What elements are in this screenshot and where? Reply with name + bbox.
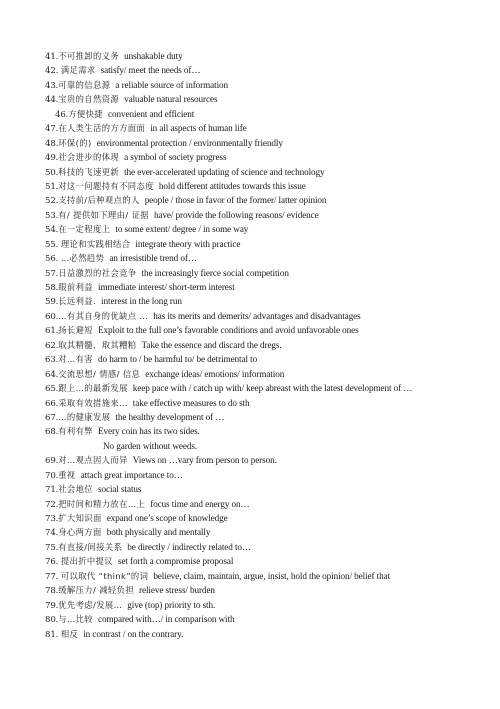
entry-number: 76. [45,557,61,567]
chinese-phrase: 不可推卸的义务 [58,51,119,61]
english-translation: immediate interest/ short-term interest [98,282,235,292]
chinese-phrase: 跟上…的最新发展 [58,383,128,393]
chinese-phrase: 对…有害 [58,354,93,364]
english-translation: the ever-accelerated updating of science… [124,167,324,177]
phrase-entry: 65.跟上…的最新发展keep pace with / catch up wit… [45,381,495,395]
phrase-entry: 71.社会地位social status [45,482,495,496]
english-translation: in all aspects of human life [150,123,246,133]
phrase-entry: 49.社会进步的体现a symbol of society progress [45,150,495,164]
english-translation: exchange ideas/ emotions/ information [145,369,284,379]
phrase-entry: 63.对…有害do harm to / be harmful to/ be de… [45,352,495,366]
phrase-entry: 73.扩大知识面expand one’s scope of knowledge [45,511,495,525]
entry-number: 48. [45,139,58,149]
entry-number: 68. [45,427,58,437]
phrase-entry: 48.环保(的)environmental protection / envir… [45,136,495,150]
chinese-phrase: 采取有效措施来… [58,398,128,408]
entry-number: 57. [45,269,58,279]
phrase-entry: 57.日益激烈的社会竞争the increasingly fierce soci… [45,266,495,280]
phrase-entry: 62.取其精髓，取其糟粕Take the essence and discard… [45,338,495,352]
chinese-phrase: 对…观点因人而异 [58,455,128,465]
phrase-entry: 69.对…观点因人而异Views on …vary from person to… [45,453,495,467]
entry-number: 42. [45,66,61,76]
chinese-phrase: 重视 [58,470,75,480]
entry-number: 72. [45,500,58,510]
phrase-entry: 56. …必然趋势an irresistible trend of… [45,251,495,265]
entry-number: 41. [45,52,58,62]
english-translation: keep pace with / catch up with/ keep abr… [133,383,413,393]
entry-number: 77. [45,572,61,582]
phrase-entry: 75.有直接/间接关系be directly / indirectly rela… [45,540,495,554]
english-translation: set forth a compromise proposal [118,556,233,566]
phrase-entry: No garden without weeds. [45,439,495,453]
chinese-phrase: 可靠的信息源 [58,80,110,90]
entry-number: 47. [45,124,58,134]
entry-number: 66. [45,399,58,409]
english-translation: in contrast / on the contrary. [83,629,183,639]
entry-number: 61. [45,326,58,336]
english-translation: to some extent/ degree / in some way [115,224,248,234]
entry-number: 54. [45,225,58,235]
chinese-phrase: 提出折中提议 [61,556,113,566]
phrase-entry: 64.交流思想/ 情感/ 信息exchange ideas/ emotions/… [45,367,495,381]
entry-number: 73. [45,514,58,524]
phrase-entry: 54.在一定程度上to some extent/ degree / in som… [45,222,495,236]
entry-number: 79. [45,601,58,611]
entry-number: 43. [45,81,58,91]
english-translation: expand one’s scope of knowledge [107,513,228,523]
english-translation: No garden without weeds. [103,441,197,451]
chinese-phrase: …的健康发展 [58,412,110,422]
chinese-phrase: 方便快捷 [68,109,103,119]
chinese-phrase: 相反 [61,629,78,639]
chinese-phrase: 满足需求 [61,65,96,75]
english-translation: unshakable duty [124,51,182,61]
english-translation: give (top) priority to sth. [127,600,215,610]
phrase-entry: 43.可靠的信息源a reliable source of informatio… [45,78,495,92]
phrase-list: 41.不可推卸的义务unshakable duty 42. 满足需求satisf… [45,49,495,641]
chinese-phrase: 有利有弊 [58,426,93,436]
phrase-entry: 66.采取有效措施来…take effective measures to do… [45,396,495,410]
english-translation: valuable natural resources [124,94,217,104]
phrase-entry: 47.在人类生活的方方面面in all aspects of human lif… [45,121,495,135]
chinese-phrase: 有/ 提供如下理由/ 证据 [58,210,149,220]
phrase-entry: 59.长远利益.interest in the long run [45,294,495,308]
entry-number: 71. [45,485,58,495]
chinese-phrase: 扩大知识面 [58,513,102,523]
entry-number: 53. [45,211,58,221]
entry-number: 64. [45,370,58,380]
chinese-phrase: …必然趋势 [61,253,105,263]
english-translation: satisfy/ meet the needs of… [101,65,201,75]
chinese-phrase: 社会进步的体现 [58,152,119,162]
chinese-phrase: 缓解压力/ 减轻负担 [58,585,134,595]
english-translation: a symbol of society progress [124,152,226,162]
entry-number: 59. [45,297,58,307]
entry-number: 52. [45,196,58,206]
english-translation: social status [98,484,141,494]
chinese-phrase: 理论和实践相结合 [61,239,131,249]
entry-number: 44. [45,95,58,105]
chinese-phrase: 取其精髓，取其糟粕 [58,340,136,350]
english-translation: people / those in favor of the former/ l… [145,195,327,205]
english-translation: interest in the long run [101,296,182,306]
entry-number: 51. [45,182,58,192]
phrase-entry: 52.支持前/后种观点的人people / those in favor of … [45,193,495,207]
chinese-phrase: 支持前/后种观点的人 [58,195,139,205]
english-translation: both physically and mentally [107,527,211,537]
entry-number: 55. [45,240,61,250]
entry-number: 70. [45,471,58,481]
chinese-phrase: 社会地位 [58,484,93,494]
english-translation: focus time and energy on… [150,499,249,509]
entry-number: 46. [55,110,68,120]
chinese-phrase: 把时间和精力放在…上 [58,499,145,509]
english-translation: hold different attitudes towards this is… [159,181,306,191]
phrase-entry: 79.优先考虑/发展…give (top) priority to sth. [45,598,495,612]
chinese-phrase: 有直接/间接关系 [58,542,122,552]
document-page: 41.不可推卸的义务unshakable duty 42. 满足需求satisf… [0,0,500,709]
chinese-phrase: 对这一问题持有不同态度 [58,181,154,191]
phrase-entry: 80.与…比较compared with…/ in comparison wit… [45,612,495,626]
entry-number: 67. [45,413,58,423]
entry-number: 60. [45,312,58,322]
chinese-phrase: 可以取代 “think”的词 [61,571,149,581]
english-translation: do harm to / be harmful to/ be detriment… [98,354,257,364]
chinese-phrase: 长远利益. [58,296,96,306]
english-translation: Every coin has its two sides. [98,426,200,436]
phrase-entry: 78.缓解压力/ 减轻负担relieve stress/ burden [45,583,495,597]
phrase-entry: 68.有利有弊Every coin has its two sides. [45,424,495,438]
entry-number: 65. [45,384,58,394]
chinese-phrase: 日益激烈的社会竞争 [58,268,136,278]
chinese-phrase: …有其自身的优缺点 … [58,311,148,321]
english-translation: attach great importance to… [81,470,183,480]
entry-number: 75. [45,543,58,553]
entry-number: 74. [45,528,58,538]
english-translation: an irresistible trend of… [109,253,197,263]
phrase-entry: 81. 相反in contrast / on the contrary. [45,627,495,641]
entry-number: 80. [45,615,58,625]
chinese-phrase: 眼前利益 [58,282,93,292]
english-translation: a reliable source of information [115,80,228,90]
entry-number: 63. [45,355,58,365]
chinese-phrase: 优先考虑/发展… [58,600,122,610]
phrase-entry: 67.…的健康发展the healthy development of … [45,410,495,424]
english-translation: Take the essence and discard the dregs. [142,340,282,350]
entry-number: 81. [45,630,61,640]
chinese-phrase: 身心两方面 [58,527,102,537]
entry-number: 78. [45,586,58,596]
phrase-entry: 50.科技的飞速更新the ever-accelerated updating … [45,165,495,179]
chinese-phrase: 在人类生活的方方面面 [58,123,145,133]
phrase-entry: 42. 满足需求satisfy/ meet the needs of… [45,63,495,77]
english-translation: the increasingly fierce social competiti… [142,268,289,278]
chinese-phrase: 环保(的) [58,138,91,148]
english-translation: the healthy development of … [115,412,224,422]
english-translation: relieve stress/ burden [139,585,215,595]
phrase-entry: 77. 可以取代 “think”的词believe, claim, mainta… [45,569,495,583]
chinese-phrase: 宝贵的自然资源 [58,94,119,104]
phrase-entry: 76. 提出折中提议set forth a compromise proposa… [45,554,495,568]
entry-number: 50. [45,168,58,178]
english-translation: compared with…/ in comparison with [98,614,234,624]
chinese-phrase: 扬长避短 [58,325,93,335]
english-translation: convenient and efficient [108,109,194,119]
phrase-entry: 60.…有其自身的优缺点 …has its merits and demerit… [45,309,495,323]
phrase-entry: 51.对这一问题持有不同态度hold different attitudes t… [45,179,495,193]
entry-number: 56. [45,254,61,264]
phrase-entry: 55. 理论和实践相结合integrate theory with practi… [45,237,495,251]
entry-number: 62. [45,341,58,351]
phrase-entry: 44.宝贵的自然资源valuable natural resources [45,92,495,106]
entry-number: 58. [45,283,58,293]
phrase-entry: 41.不可推卸的义务unshakable duty [45,49,495,63]
english-translation: take effective measures to do sth [133,398,250,408]
phrase-entry: 70.重视attach great importance to… [45,468,495,482]
chinese-phrase: 与…比较 [58,614,93,624]
entry-number: 49. [45,153,58,163]
chinese-phrase: 科技的飞速更新 [58,167,119,177]
english-translation: integrate theory with practice [135,239,240,249]
phrase-entry: 46.方便快捷convenient and efficient [45,107,495,121]
phrase-entry: 61.扬长避短Exploit to the full one’s favorab… [45,323,495,337]
entry-number: 69. [45,456,58,466]
chinese-phrase: 交流思想/ 情感/ 信息 [58,369,140,379]
english-translation: Exploit to the full one’s favorable cond… [98,325,359,335]
english-translation: have/ provide the following reasons/ evi… [154,210,319,220]
phrase-entry: 58.眼前利益immediate interest/ short-term in… [45,280,495,294]
phrase-entry: 53.有/ 提供如下理由/ 证据have/ provide the follow… [45,208,495,222]
phrase-entry: 72.把时间和精力放在…上focus time and energy on… [45,497,495,511]
chinese-phrase: 在一定程度上 [58,224,110,234]
english-translation: has its merits and demerits/ advantages … [153,311,360,321]
english-translation: Views on …vary from person to person. [133,455,277,465]
phrase-entry: 74.身心两方面both physically and mentally [45,525,495,539]
english-translation: environmental protection / environmental… [97,138,283,148]
english-translation: believe, claim, maintain, argue, insist,… [153,571,390,581]
english-translation: be directly / indirectly related to… [127,542,251,552]
